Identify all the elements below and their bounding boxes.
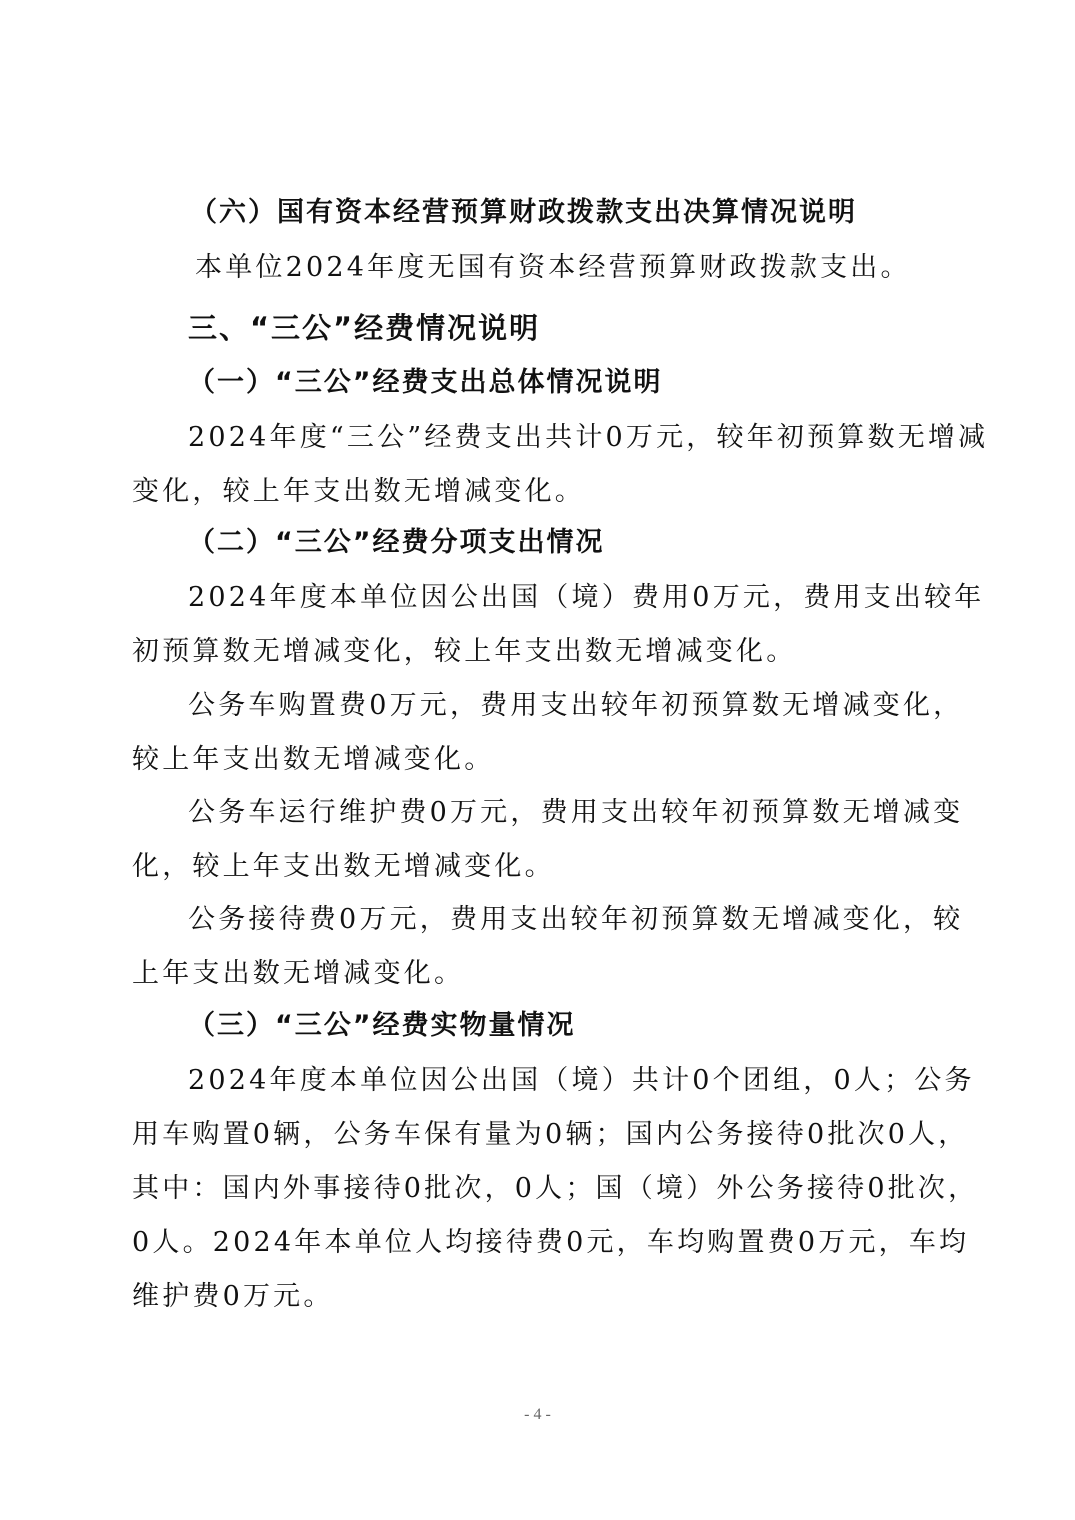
subheading-itemized: （二）“三公”经费分项支出情况 bbox=[188, 525, 605, 561]
paragraph-physical-line5: 维护费0万元。 bbox=[132, 1279, 334, 1315]
paragraph-abroad-line2: 初预算数无增减变化，较上年支出数无增减变化。 bbox=[132, 634, 796, 670]
paragraph-physical-line2: 用车购置0辆，公务车保有量为0辆；国内公务接待0批次0人， bbox=[132, 1117, 969, 1153]
subheading-overall: （一）“三公”经费支出总体情况说明 bbox=[188, 365, 663, 401]
paragraph-abroad-line1: 2024年度本单位因公出国（境）费用0万元，费用支出较年 bbox=[188, 580, 985, 616]
heading-three-public-expenses: 三、“三公”经费情况说明 bbox=[188, 310, 540, 346]
paragraph-overall-line2: 变化，较上年支出数无增减变化。 bbox=[132, 474, 585, 510]
subheading-state-capital: （六）国有资本经营预算财政拨款支出决算情况说明 bbox=[190, 195, 857, 231]
paragraph-physical-line4: 0人。2024年本单位人均接待费0元，车均购置费0万元，车均 bbox=[132, 1225, 969, 1261]
paragraph-state-capital: 本单位2024年度无国有资本经营预算财政拨款支出。 bbox=[195, 250, 911, 286]
paragraph-vehicle-purchase-line2: 较上年支出数无增减变化。 bbox=[132, 742, 494, 778]
paragraph-vehicle-purchase-line1: 公务车购置费0万元，费用支出较年初预算数无增减变化， bbox=[188, 688, 963, 724]
page-number: - 4 - bbox=[0, 1406, 1075, 1424]
subheading-physical-quantity: （三）“三公”经费实物量情况 bbox=[188, 1008, 576, 1044]
paragraph-physical-line3: 其中：国内外事接待0批次，0人；国（境）外公务接待0批次， bbox=[132, 1171, 978, 1207]
paragraph-reception-line2: 上年支出数无增减变化。 bbox=[132, 956, 464, 992]
paragraph-vehicle-maintenance-line2: 化，较上年支出数无增减变化。 bbox=[132, 849, 555, 885]
paragraph-reception-line1: 公务接待费0万元，费用支出较年初预算数无增减变化，较 bbox=[188, 902, 963, 938]
paragraph-vehicle-maintenance-line1: 公务车运行维护费0万元，费用支出较年初预算数无增减变 bbox=[188, 795, 963, 831]
paragraph-physical-line1: 2024年度本单位因公出国（境）共计0个团组，0人；公务 bbox=[188, 1063, 975, 1099]
paragraph-overall-line1: 2024年度“三公”经费支出共计0万元，较年初预算数无增减 bbox=[188, 420, 988, 456]
document-page: （六）国有资本经营预算财政拨款支出决算情况说明 本单位2024年度无国有资本经营… bbox=[0, 0, 1075, 1520]
